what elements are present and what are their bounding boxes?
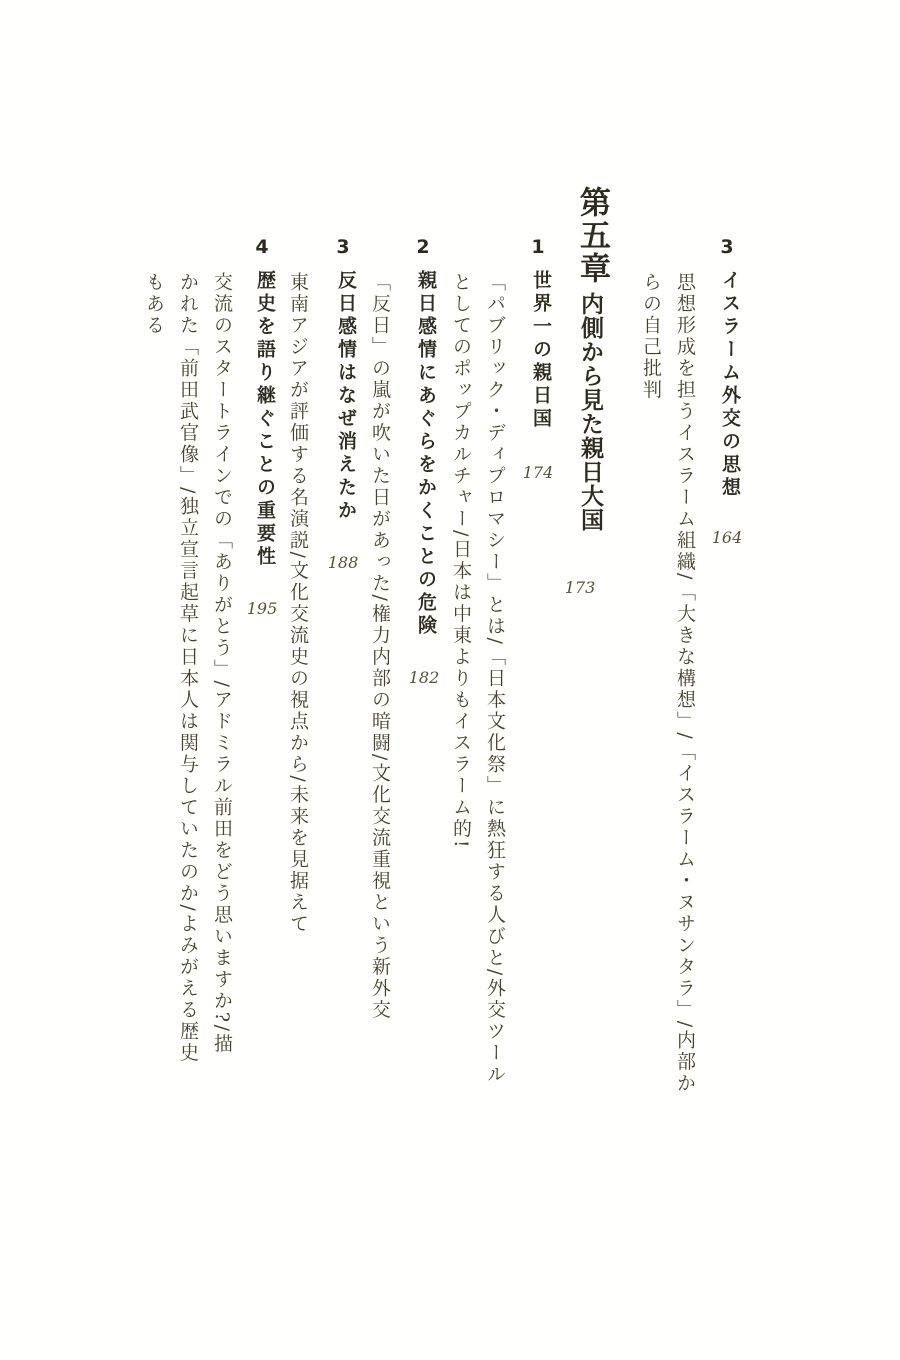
section-number: 2	[406, 236, 440, 258]
description-line: としてのポップカルチャー/日本は中東よりもイスラーム的!	[444, 272, 478, 1085]
section-title: 世界一の親日国	[528, 270, 555, 431]
section-page-number: 182	[402, 668, 446, 687]
section-title: 反日感情はなぜ消えたか	[333, 270, 360, 523]
description-line: 交流のスタートラインでの「ありがとう」/アドミラル前田をどう思いますか?/描	[205, 272, 239, 1064]
toc-page: 3 イスラーム外交の思想 164 思想形成を担うイスラーム組織/「大きな構想」/…	[0, 0, 900, 1360]
section-page-number: 174	[516, 463, 560, 482]
description-line: 「パブリック・ディプロマシー」とは/「日本文化祭」に熱狂する人びと/外交ツール	[478, 272, 512, 1085]
section-title: イスラーム外交の思想	[717, 270, 744, 500]
description-line: 東南アジアが評価する名演説/文化交流史の視点から/未来を見据えて	[281, 272, 315, 935]
chapter-label: 第五章	[570, 186, 615, 285]
section-page-number: 164	[705, 528, 749, 547]
section-page-number: 188	[321, 553, 365, 572]
section-number: 3	[326, 236, 360, 258]
section-description: 交流のスタートラインでの「ありがとう」/アドミラル前田をどう思いますか?/描 か…	[137, 272, 239, 1064]
section-number: 1	[521, 236, 555, 258]
description-line: らの自己批判	[634, 272, 668, 1094]
section-title: 歴史を語り継ぐことの重要性	[252, 270, 279, 569]
description-line: 「反日」の嵐が吹いた日があった/権力内部の暗闘/文化交流重視という新外交	[363, 272, 397, 1021]
section-number: 4	[245, 236, 279, 258]
description-line: かれた「前田武官像」/独立宣言起草に日本人は関与していたのか/よみがえる歴史	[171, 272, 205, 1064]
section-description: 東南アジアが評価する名演説/文化交流史の視点から/未来を見据えて	[281, 272, 315, 935]
section-title: 親日感情にあぐらをかくことの危険	[413, 270, 440, 638]
description-line: もある	[137, 272, 171, 1064]
section-description: 「パブリック・ディプロマシー」とは/「日本文化祭」に熱狂する人びと/外交ツール …	[444, 272, 512, 1085]
description-line: 思想形成を担うイスラーム組織/「大きな構想」/「イスラーム・ヌサンタラ」/内部か	[668, 272, 702, 1094]
chapter-page-number: 173	[558, 578, 602, 597]
section-description: 「反日」の嵐が吹いた日があった/権力内部の暗闘/文化交流重視という新外交	[363, 272, 397, 1021]
section-page-number: 195	[240, 599, 284, 618]
chapter-title: 内側から見た親日大国	[574, 292, 607, 532]
section-description: 思想形成を担うイスラーム組織/「大きな構想」/「イスラーム・ヌサンタラ」/内部か…	[634, 272, 702, 1094]
section-number: 3	[710, 236, 744, 258]
